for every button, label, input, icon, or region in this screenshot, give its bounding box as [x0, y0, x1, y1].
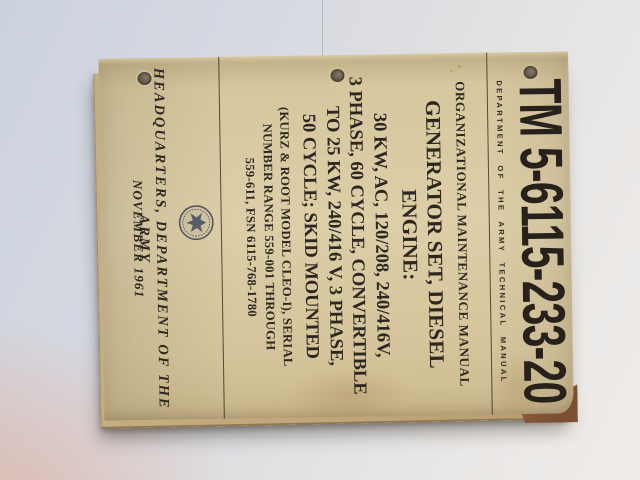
- tm-number: TM 5-6115-233-20: [511, 78, 574, 404]
- cover-page: TM 5-6115-233-20 DEPARTMENT OF THE ARMY …: [98, 51, 574, 420]
- divider-rule-bottom: [218, 57, 225, 419]
- stain-speck: [458, 65, 460, 68]
- divider-rule-top: [486, 53, 493, 415]
- manual-cover: TM 5-6115-233-20 DEPARTMENT OF THE ARMY …: [98, 51, 574, 420]
- equipment-title-line: GENERATOR SET, DIESEL ENGINE:: [394, 53, 450, 416]
- stain-speck: [450, 70, 452, 72]
- backdrop-crease-line: [322, 0, 323, 58]
- manual-type-line: ORGANIZATIONAL MAINTENANCE MANUAL: [451, 53, 473, 415]
- army-seal-icon: [177, 204, 215, 242]
- punch-hole: [523, 66, 537, 79]
- department-classification-line: DEPARTMENT OF THE ARMY TECHNICAL MANUAL: [495, 80, 509, 383]
- spec-block: 30 KW, AC, 120/208, 240/416V, 3 PHASE, 6…: [295, 54, 395, 417]
- photo-backdrop: TM 5-6115-233-20 DEPARTMENT OF THE ARMY …: [0, 0, 640, 480]
- serial-block: (KURZ & ROOT MODEL CLEO-I), SERIAL NUMBE…: [239, 56, 297, 419]
